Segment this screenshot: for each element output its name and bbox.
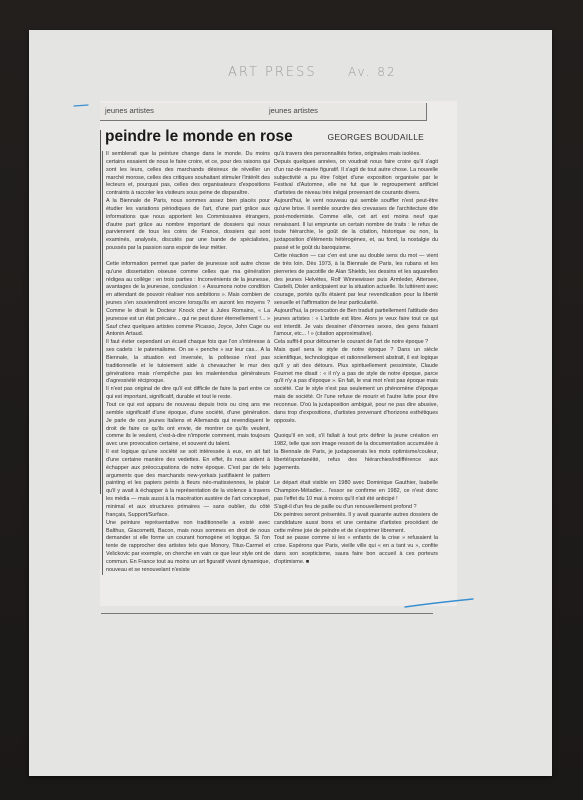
paragraph: Une peinture représentative non traditio… xyxy=(106,520,270,575)
dark-mount-background: ART PRESS Av. 82 jeunes artistes jeunes … xyxy=(0,0,583,800)
article-author: GEORGES BOUDAILLE xyxy=(328,132,424,142)
section-label-right: jeunes artistes xyxy=(269,106,318,115)
section-label-left: jeunes artistes xyxy=(105,106,154,115)
section-header-bar: jeunes artistes jeunes artistes xyxy=(100,103,427,121)
clipping-bottom-rule xyxy=(101,613,433,614)
paragraph: Il semblerait que la peinture change dan… xyxy=(106,151,270,198)
blue-pen-stroke-icon xyxy=(403,597,475,609)
handwritten-date: Av. 82 xyxy=(348,65,397,79)
paragraph: Dix peintres seront présentés. Il y avai… xyxy=(274,512,438,536)
newspaper-clipping: jeunes artistes jeunes artistes peindre … xyxy=(100,101,457,606)
paragraph: Il est logique qu'une société se soit in… xyxy=(106,449,270,520)
handwritten-publication: ART PRESS xyxy=(228,65,317,80)
left-column: Il semblerait que la peinture change dan… xyxy=(102,151,270,575)
paragraph: A la Biennale de Paris, nous sommes asse… xyxy=(106,198,270,253)
paragraph: Cette information permet que parler de j… xyxy=(106,261,270,339)
article-body: Il semblerait que la peinture change dan… xyxy=(101,151,501,611)
archive-sheet: ART PRESS Av. 82 jeunes artistes jeunes … xyxy=(29,30,552,776)
paragraph: Aujourd'hui, le vent nouveau qui semble … xyxy=(274,198,438,253)
right-column: qu'à travers des personnalités fortes, o… xyxy=(274,151,438,567)
headline-row: peindre le monde en rose GEORGES BOUDAIL… xyxy=(100,128,426,150)
paragraph: qu'à travers des personnalités fortes, o… xyxy=(274,151,438,159)
paragraph: Mais quel sera le style de notre époque … xyxy=(274,347,438,425)
paragraph: Tout se passe comme si les « enfants de … xyxy=(274,535,438,566)
article-title: peindre le monde en rose xyxy=(105,128,293,146)
paragraph: Cette réaction — car c'en est une au dou… xyxy=(274,253,438,308)
paragraph: Il faut éviter cependant un écueil chaqu… xyxy=(106,339,270,386)
blue-underline-mark-icon xyxy=(73,104,89,107)
paragraph: Depuis quelques années, on voudrait nous… xyxy=(274,159,438,198)
paragraph: Tout ce qui est apparu de nouveau depuis… xyxy=(106,402,270,449)
paragraph: Il n'est pas original de dire qu'il est … xyxy=(106,386,270,402)
paragraph: Le départ était visible en 1980 avec Dom… xyxy=(274,480,438,504)
paragraph: Cela suffit-il pour détourner le courant… xyxy=(274,339,438,347)
paragraph: Aujourd'hui, la provocation de Ben tradu… xyxy=(274,308,438,339)
paragraph: Quoiqu'il en soit, s'il fallait à tout p… xyxy=(274,433,438,472)
paragraph: S'agit-il d'un feu de paille ou d'un ren… xyxy=(274,504,438,512)
